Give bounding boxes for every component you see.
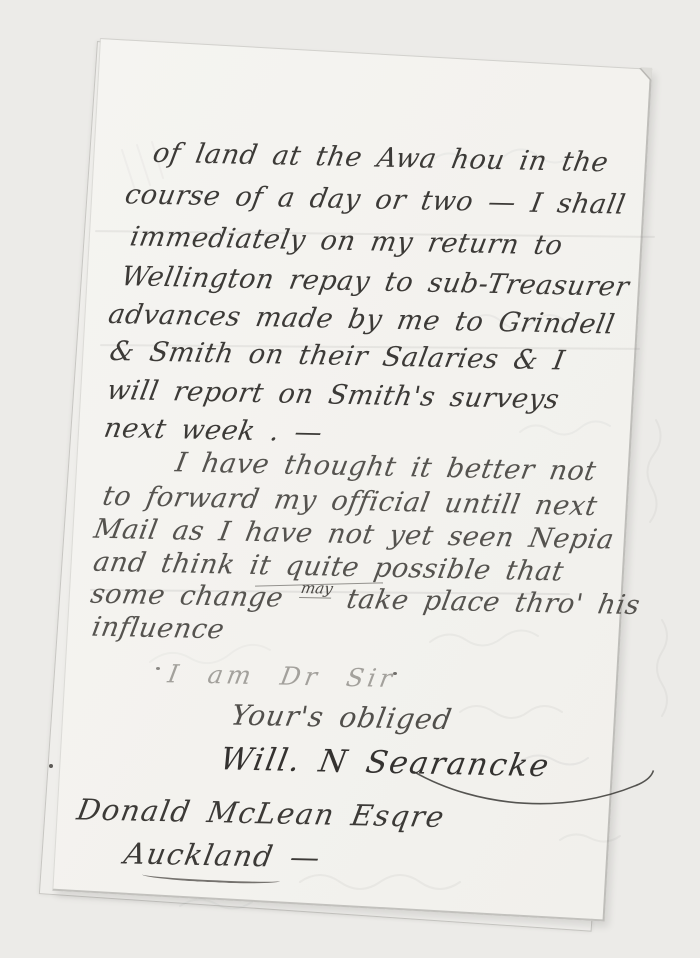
- letter-line-6: & Smith on their Salaries & I: [107, 336, 567, 376]
- letter-line-14: influence: [90, 612, 227, 646]
- signature-flourish: [408, 759, 659, 819]
- recipient-line: Donald McLean Esqre: [74, 792, 447, 834]
- letter-line-1: of land at the Awa hou in the: [150, 138, 611, 178]
- line-13-pre: some change: [88, 579, 286, 614]
- letter-line-4: Wellington repay to sub-Treasurer: [119, 261, 632, 303]
- compliment-close: Your's obliged: [229, 699, 455, 736]
- letter-line-8: next week . —: [102, 413, 326, 448]
- valediction: I am Dr Sir: [166, 659, 399, 693]
- place-line: Auckland —: [122, 836, 325, 874]
- handwriting-layer: of land at the Awa hou in the course of …: [0, 0, 700, 958]
- interlinear-insertion: may: [299, 579, 334, 599]
- scanned-letter-page: of land at the Awa hou in the course of …: [0, 0, 700, 958]
- line-13-post: take place thro' his: [344, 584, 642, 621]
- letter-line-3: immediately on my return to: [128, 221, 566, 261]
- letter-line-9: I have thought it better not: [173, 447, 599, 487]
- letter-line-2: course of a day or two — I shall: [123, 179, 628, 220]
- letter-line-5: advances made by me to Grindell: [106, 299, 617, 340]
- letter-line-7: will report on Smith's surveys: [104, 375, 561, 415]
